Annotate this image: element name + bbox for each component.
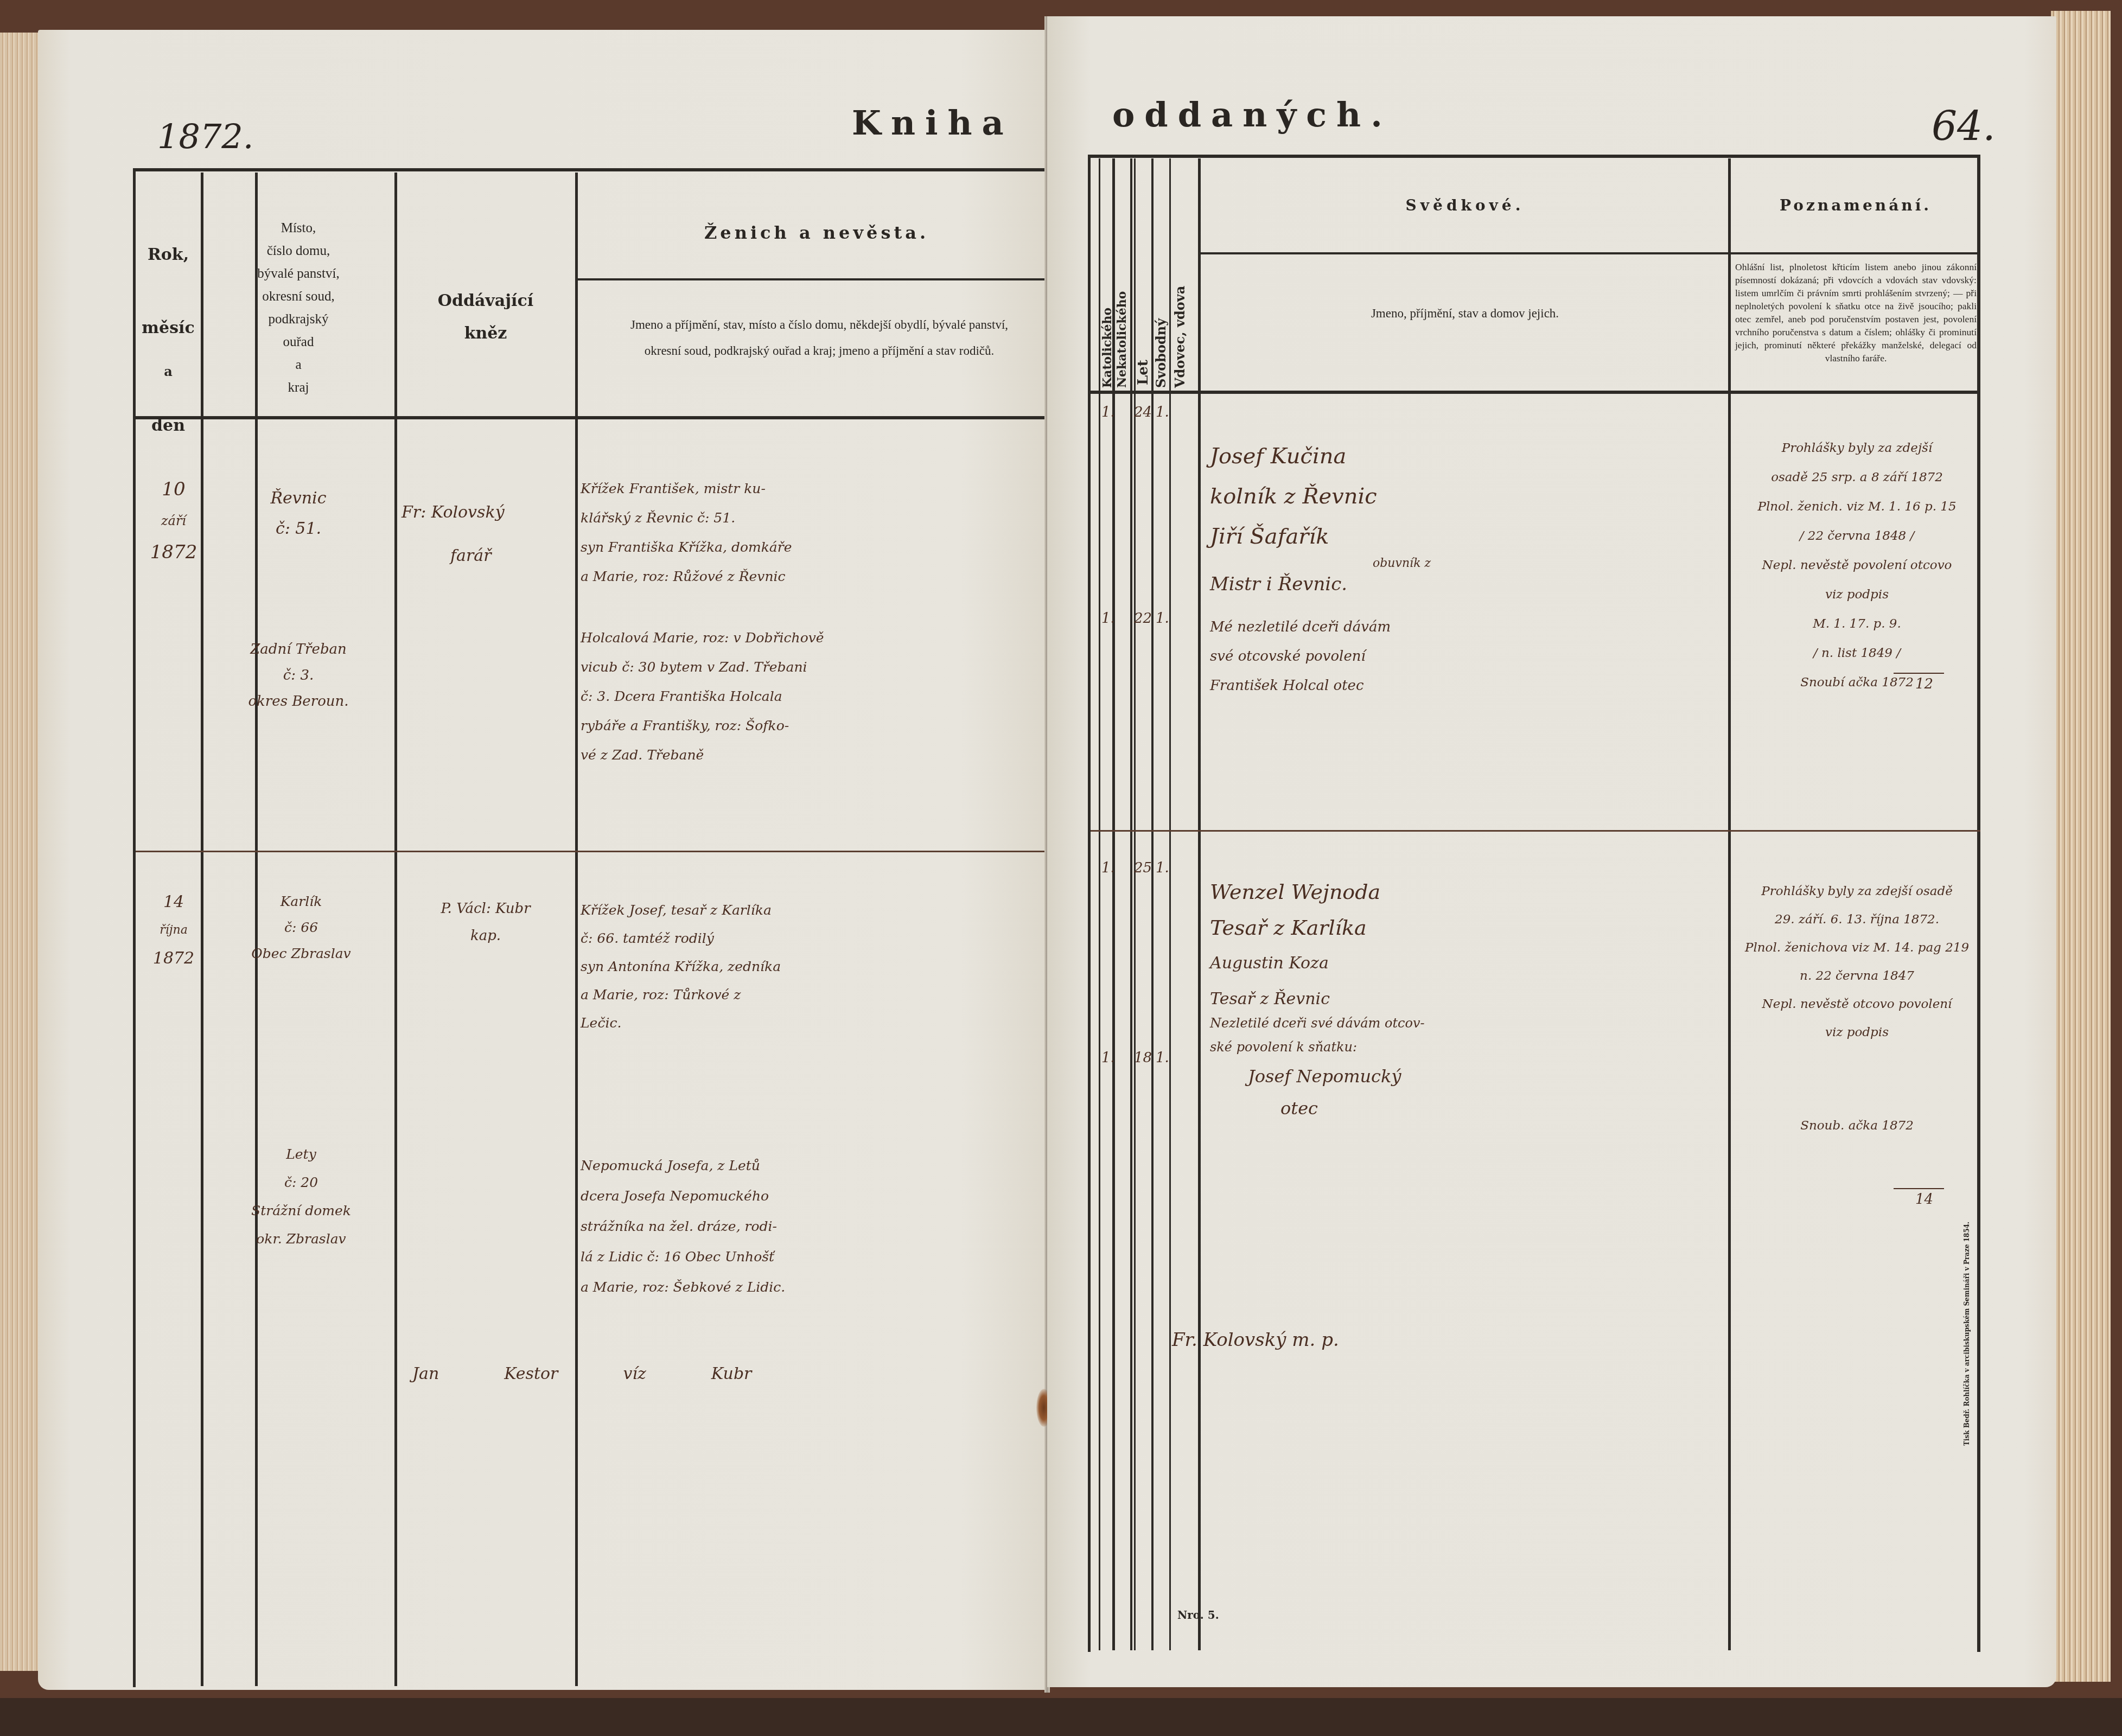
entry-2-bride: Nepomucká Josefa, z Letůdcera Josefa Nep… — [581, 1120, 1053, 1333]
entry-1-date: 10září1872 — [146, 442, 201, 599]
entry-2-place-bride: Letyč: 20Strážní domekokr. Zbraslav — [203, 1112, 399, 1281]
page-number: 64. — [1932, 103, 1996, 150]
book-title-right: oddaných. — [1112, 95, 1392, 135]
divider — [1198, 158, 1201, 1650]
entry-1-place-bride: Zadní Třebanč: 3.okres Beroun. — [201, 610, 396, 741]
entry-1-bride: Holcalová Marie, roz: v Dobřichověvicub … — [581, 594, 1053, 799]
header-date: Rok, měsíc a den — [136, 214, 201, 448]
entry-2-consent: Nezletilé dceři své dávám otcov-ské povo… — [1210, 987, 1725, 1147]
signature-line: JanKestorvízKubr — [412, 1364, 955, 1383]
entry-2-date: 14října1872 — [144, 860, 203, 1001]
entry-1-bride-age: 22 — [1134, 610, 1152, 627]
entry-1-bride-catholic: 1. — [1101, 610, 1115, 627]
divider — [136, 416, 1058, 419]
page-edges-left — [0, 33, 43, 1671]
header-couple-desc: Jmeno a příjmění, stav, místo a číslo do… — [613, 312, 1025, 364]
entry-2-bride-age: 18 — [1134, 1050, 1152, 1066]
entry-2-groom: Křížek Josef, tesař z Karlíkač: 66. tamt… — [581, 868, 1053, 1065]
divider — [1728, 158, 1731, 1650]
printer-imprint: Tisk Bedř. Rohlíčka v arcibiskupském Sem… — [1963, 1175, 1971, 1446]
header-witnesses-desc: Jmeno, příjmění, stav a domov jejich. — [1202, 307, 1728, 321]
entry-2-place-groom: Karlíkč: 66Obec Zbraslav — [203, 863, 399, 993]
header-notes-desc: Ohlášní list, plnoletost křticím listem … — [1735, 260, 1977, 365]
header-noncatholic: Nekatolického — [1115, 255, 1129, 388]
divider — [1169, 158, 1171, 1650]
entry-2-groom-age: 25 — [1134, 860, 1152, 876]
page-edges-right — [2051, 11, 2111, 1682]
header-priest: Oddávající kněz — [396, 285, 575, 350]
header-single: Svobodný — [1153, 307, 1169, 388]
divider — [1201, 252, 1979, 254]
form-number: Nro. 5. — [1177, 1609, 1286, 1622]
entry-2-priest: P. Václ: Kubrkap. — [399, 868, 572, 976]
priest-signature: Fr. Kolovský m. p. — [1172, 1329, 1339, 1351]
entry-2-bride-catholic: 1. — [1101, 1050, 1115, 1066]
right-page: oddaných. 64. Katolického Nekatolického … — [1047, 16, 2056, 1687]
header-witnesses-title: Svědkové. — [1202, 196, 1728, 214]
header-age: Let — [1135, 342, 1151, 385]
row-divider — [1091, 830, 1980, 832]
header-catholic: Katolického — [1100, 263, 1114, 388]
entry-1-priest: Fr: Kolovskýfarář — [402, 448, 570, 621]
year-note: 1872. — [157, 117, 254, 156]
row-divider — [136, 851, 1058, 852]
divider — [577, 278, 1057, 280]
header-couple-title: Ženich a nevěsta. — [578, 222, 1055, 243]
entry-2-notes-number: 14 — [1894, 1188, 1944, 1208]
header-place: Místo, číslo domu, bývalé panství, okres… — [203, 217, 393, 399]
entry-1-groom-single: 1. — [1156, 404, 1169, 420]
entry-2-groom-catholic: 1. — [1101, 860, 1115, 876]
divider — [1130, 158, 1132, 1650]
divider — [575, 173, 578, 1686]
entry-2-bride-single: 1. — [1156, 1050, 1169, 1066]
header-notes-title: Poznamenání. — [1731, 196, 1980, 214]
entry-1-consent: Mé nezletilé dceři dávámsvé otcovské pov… — [1210, 583, 1725, 730]
entry-1-groom-catholic: 1. — [1101, 404, 1115, 420]
entry-2-notes: Prohlášky byly za zdejší osadě29. září. … — [1736, 849, 1978, 1168]
header-widowed: Vdovec, vdova — [1172, 255, 1188, 388]
entry-2-groom-single: 1. — [1156, 860, 1169, 876]
entry-1-notes-number: 12 — [1894, 673, 1944, 692]
entry-1-groom-age: 24 — [1134, 404, 1152, 420]
entry-1-bride-single: 1. — [1156, 610, 1169, 627]
divider — [1091, 391, 1980, 394]
entry-1-place-groom: Řevnicč: 51. — [206, 453, 391, 575]
book-title-left: Kniha — [852, 103, 1014, 143]
left-page: 1872. Kniha Rok, měsíc a den Místo, čísl… — [38, 30, 1047, 1690]
